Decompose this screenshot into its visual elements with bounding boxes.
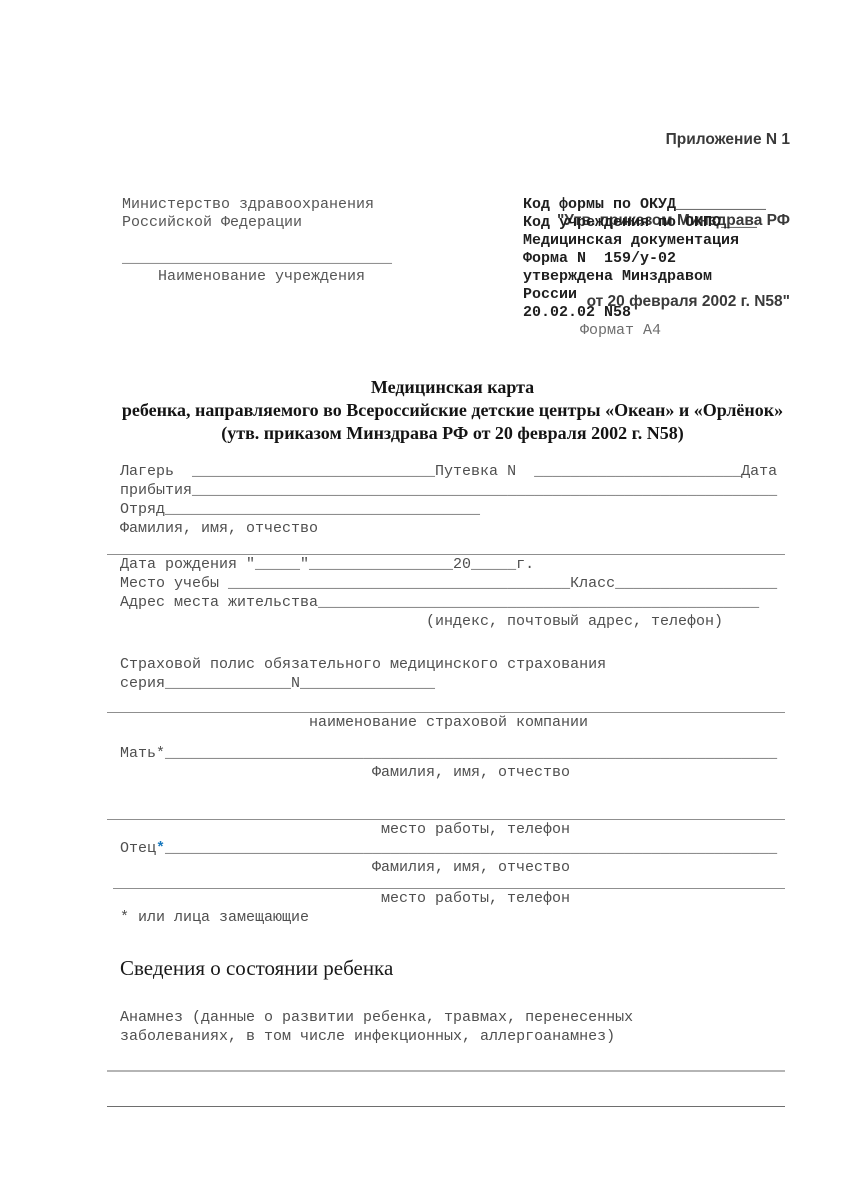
form-number-row: Форма N 159/у-02 [523,250,766,268]
anamnesis-line-1: Анамнез (данные о развитии ребенка, трав… [120,1008,633,1027]
title-line-2: ребенка, направляемого во Всероссийские … [120,399,785,422]
okud-code-row: Код формы по ОКУД__________ [523,196,766,214]
anamnesis-line-2: заболеваниях, в том числе инфекционных, … [120,1027,633,1046]
mother-fio-caption: Фамилия, имя, отчество [120,763,785,782]
father-label: Отец [120,840,156,857]
father-required-star: * [156,840,165,857]
anamnesis-answer-rule-1 [107,1070,785,1072]
study-place-field-row: Место учебы ____________________________… [120,574,785,593]
medical-form-page: Приложение N 1 "Утв. приказом Минздрава … [0,0,849,1200]
arrival-date-field-row: прибытия________________________________… [120,481,785,500]
anamnesis-answer-rule-2 [107,1106,785,1107]
blank-line [120,782,785,801]
mother-required-star: * [156,745,165,762]
title-line-3: (утв. приказом Минздрава РФ от 20 феврал… [120,422,785,445]
father-fio-caption: Фамилия, имя, отчество [120,858,785,877]
father-field-row: Отец*___________________________________… [120,839,785,858]
form-body: Лагерь ___________________________Путевк… [120,462,785,927]
unit-field-row: Отряд___________________________________ [120,500,785,519]
birth-date-field-row: Дата рождения "_____"________________20_… [120,555,785,574]
child-condition-heading: Сведения о состоянии ребенка [120,956,393,981]
section-gap [120,631,785,655]
father-fill-line: ________________________________________… [165,840,777,857]
address-field-row: Адрес места жительства__________________… [120,593,785,612]
mother-work-caption: место работы, телефон [120,820,785,839]
ministry-line-2: Российской Федерации [122,214,392,232]
camp-field-row: Лагерь ___________________________Путевк… [120,462,785,481]
paper-format-note: Формат А4 [523,322,766,340]
approved-by-row: утверждена Минздравом [523,268,766,286]
med-documentation-row: Медицинская документация [523,232,766,250]
appendix-line-1: Приложение N 1 [557,126,790,153]
ministry-line-1: Министерство здравоохранения [122,196,392,214]
father-work-caption: место работы, телефон [120,889,785,908]
approved-by-row-2: России [523,286,766,304]
document-title: Медицинская карта ребенка, направляемого… [120,376,785,445]
institution-fill-line: ______________________________ [122,250,392,268]
approval-date-row: 20.02.02 N58 [523,304,766,322]
address-caption: (индекс, почтовый адрес, телефон) [120,612,785,631]
ministry-spacer [122,232,392,250]
child-name-caption: Фамилия, имя, отчество [120,519,785,538]
ministry-block: Министерство здравоохранения Российской … [122,196,392,286]
okpo-code-row: Код учреждения по ОКПО____ [523,214,766,232]
substitute-persons-footnote: * или лица замещающие [120,908,785,927]
mother-fill-line: ________________________________________… [165,745,777,762]
institution-caption: Наименование учреждения [122,268,392,286]
title-line-1: Медицинская карта [120,376,785,399]
codes-block: Код формы по ОКУД__________ Код учрежден… [523,196,766,340]
anamnesis-block: Анамнез (данные о развитии ребенка, трав… [120,1008,633,1046]
insurer-caption: наименование страховой компании [120,713,785,732]
insurance-policy-title: Страховой полис обязательного медицинско… [120,655,785,674]
mother-label: Мать [120,745,156,762]
mother-field-row: Мать*___________________________________… [120,744,785,763]
insurance-series-field-row: серия______________N_______________ [120,674,785,693]
section-gap [120,732,785,744]
